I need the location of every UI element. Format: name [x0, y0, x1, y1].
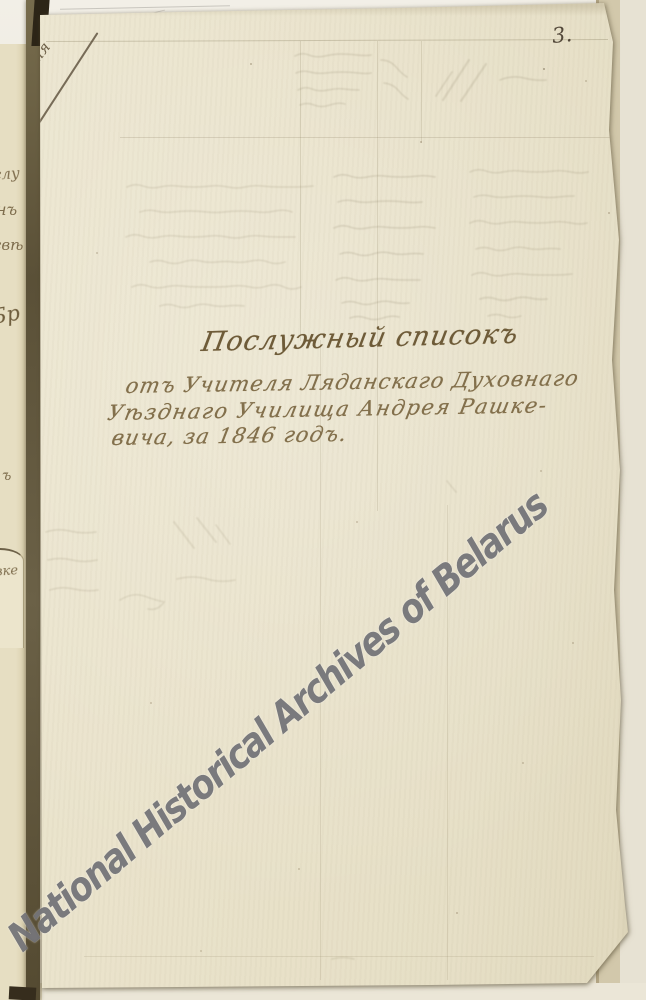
- ruled-line-vertical: [300, 41, 301, 341]
- ruled-line-vertical: [377, 41, 378, 511]
- paper-speckles: [0, 0, 2, 2]
- binding-mark-bottom: [9, 986, 37, 1000]
- page-number: 3.: [551, 22, 573, 48]
- ruled-line-horizontal: [84, 956, 594, 957]
- ruled-line-horizontal: [120, 137, 620, 138]
- archival-document-scan: слу нъ свѣ Бр ъ вке: [0, 0, 646, 1000]
- ruled-line-vertical: [421, 41, 422, 143]
- document-body-line: вича, за 1846 годъ.: [110, 422, 350, 450]
